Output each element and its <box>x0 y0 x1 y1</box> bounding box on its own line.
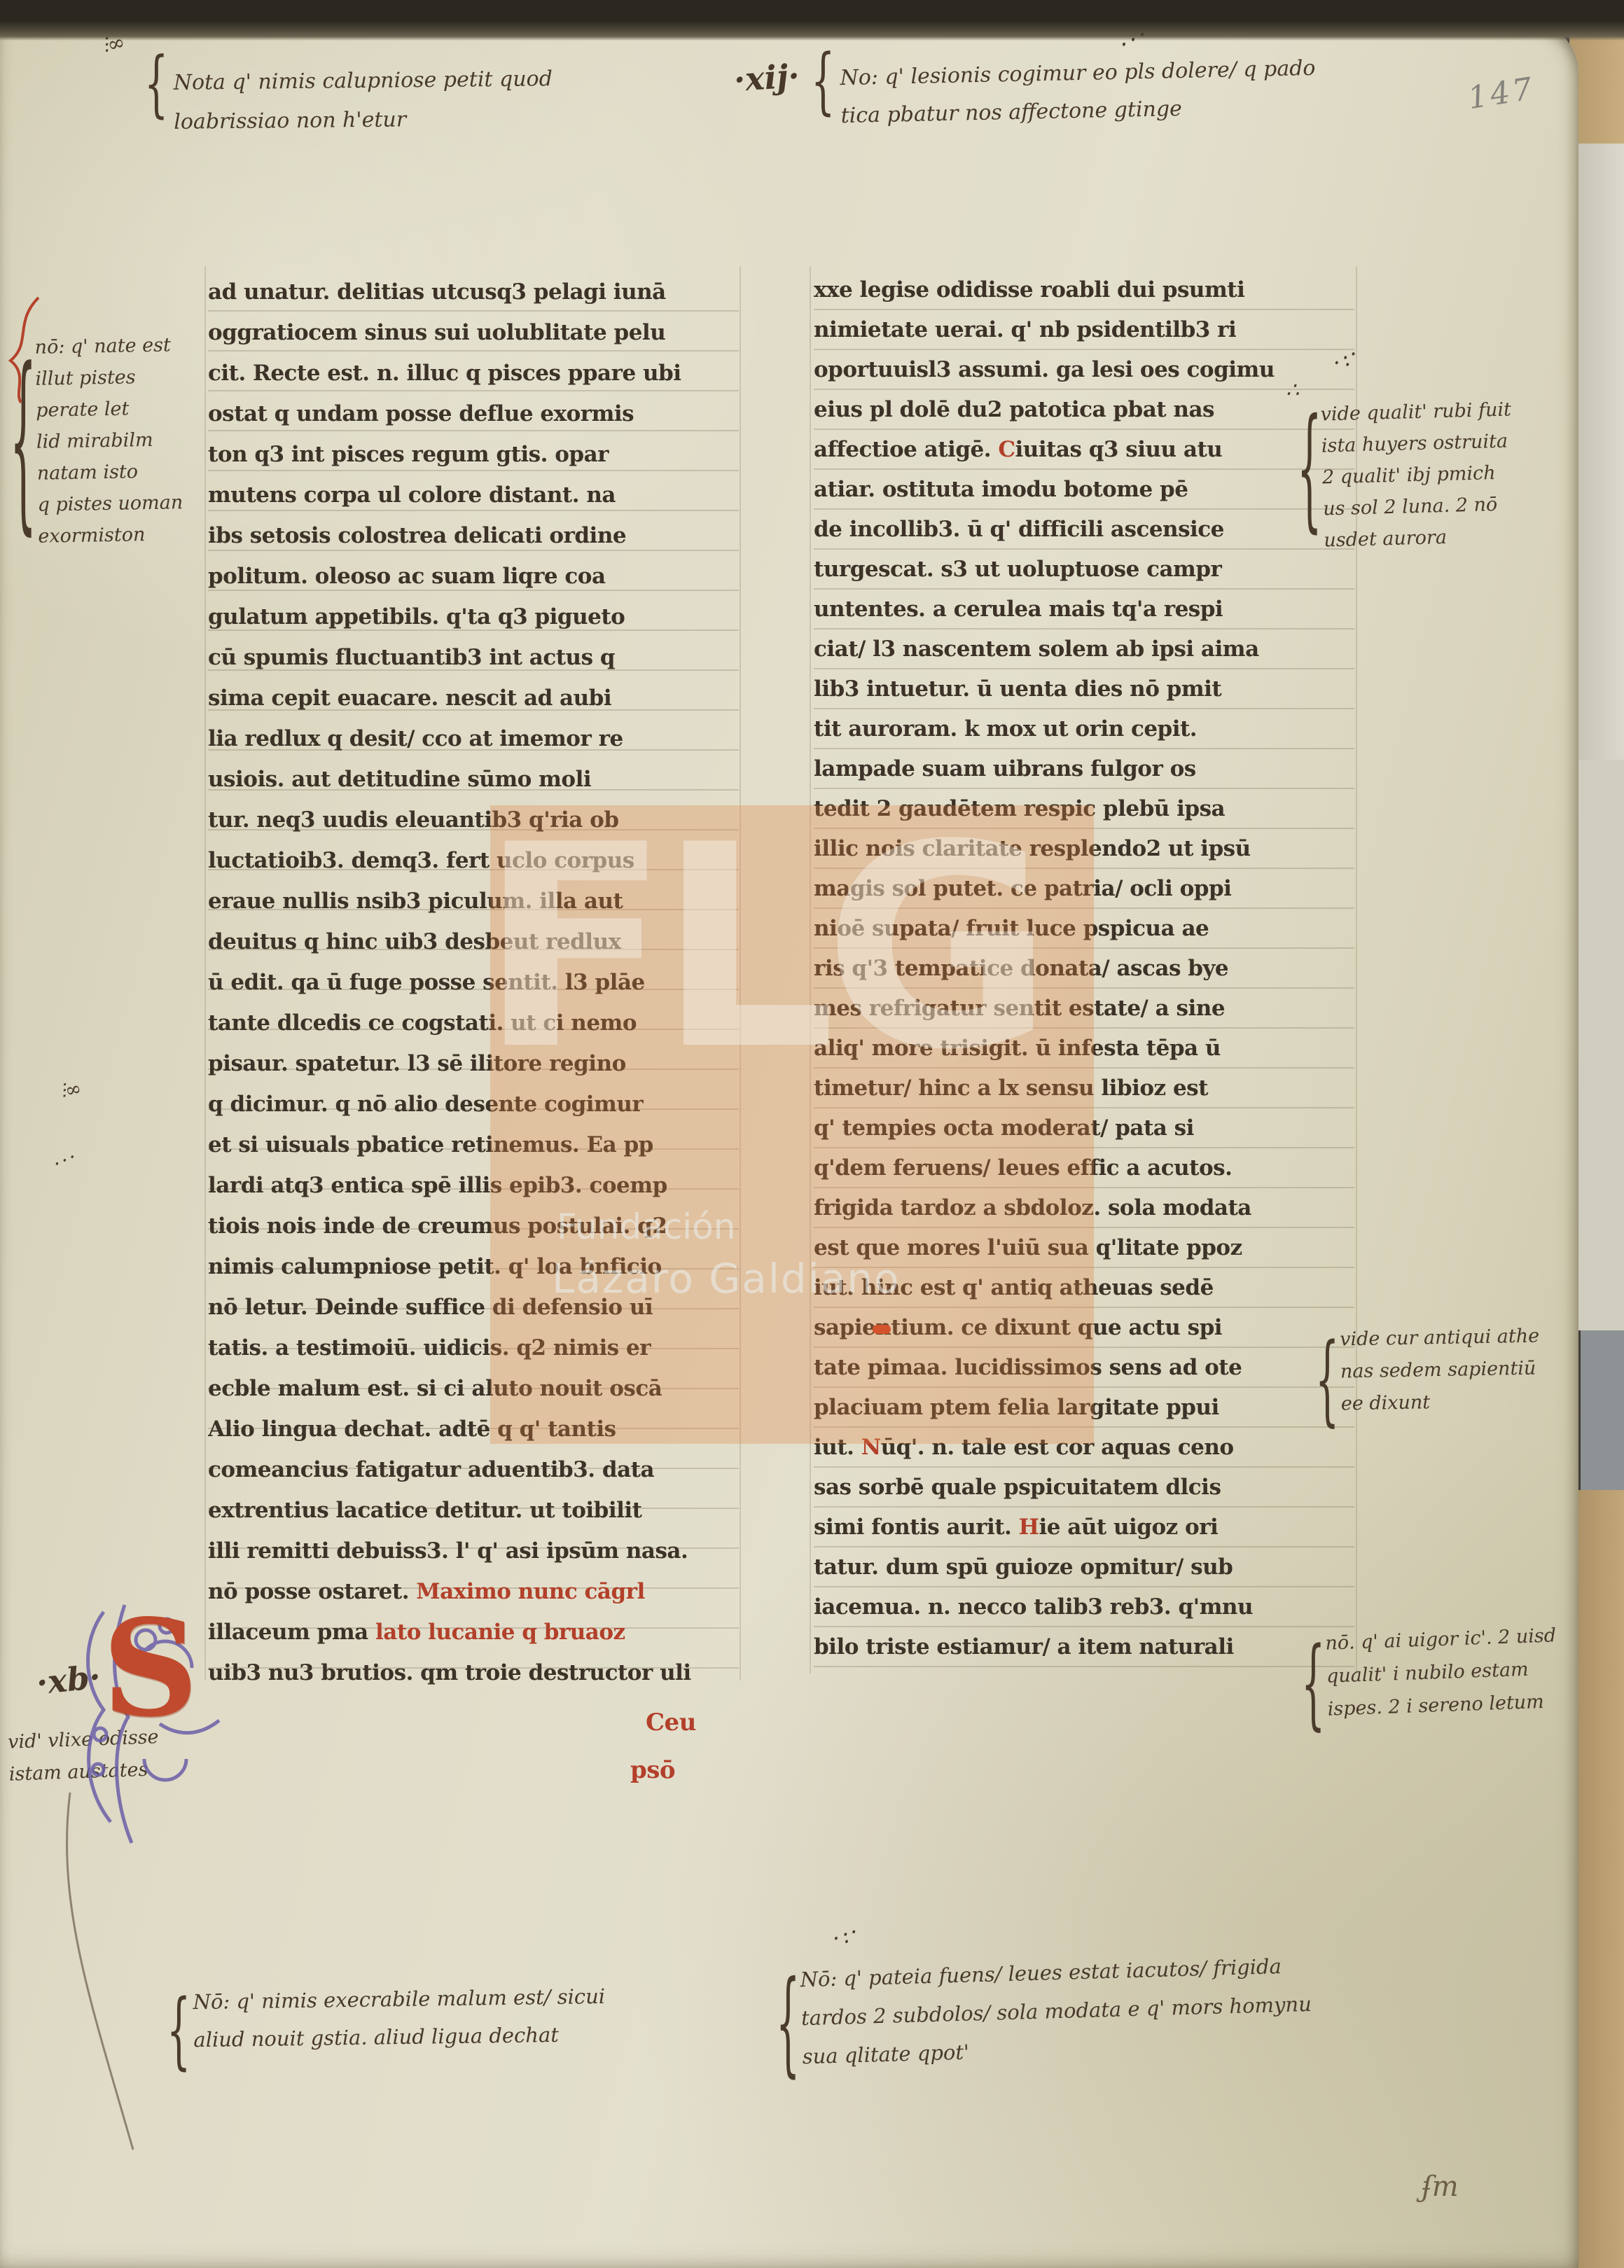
text-line: sapientium. ce dixunt que actu spi <box>814 1308 1354 1348</box>
text-line: sima cepit euacare. nescit ad aubi <box>208 678 739 718</box>
text-line: atiar. ostituta imodu botome pē <box>814 470 1354 510</box>
margin-note-left-upper: nō: q' nate estillut pistesperate letlid… <box>34 329 183 552</box>
under-leaf-tan-bottom <box>1576 1490 1624 2268</box>
text-line: bilo triste estiamur/ a item naturali <box>814 1627 1354 1667</box>
text-line: mutens corpa ul colore distant. na <box>208 475 739 515</box>
text-line: illic nois claritate resplendo2 ut ipsū <box>814 829 1354 869</box>
note-brace: { <box>1315 1322 1339 1437</box>
text-line: eraue nullis nsib3 piculum. illa aut <box>208 881 739 921</box>
note-brace: { <box>811 39 835 123</box>
text-line: q pistes uoman <box>37 487 183 521</box>
text-line: lardi atq3 entica spē illis epib3. coemp <box>208 1165 739 1206</box>
text-line: tit auroram. k mox ut orin cepit. <box>814 709 1354 749</box>
text-line: aliq' more trisigit. ū infesta tēpa ū <box>814 1029 1354 1069</box>
text-line: perate let <box>36 392 181 426</box>
header-note-right: No: q' lesionis cogimur eo pls dolere/ q… <box>840 50 1317 135</box>
ruling-line <box>204 266 206 1681</box>
text-line: ostat q undam posse deflue exormis <box>208 394 739 434</box>
text-line: luctatioib3. demq3. fert uclo corpus <box>208 840 739 881</box>
text-line: ad unatur. delitias utcusq3 pelagi iunā <box>208 272 739 312</box>
text-line: lid mirabilm <box>36 424 182 458</box>
text-line: nimietate uerai. q' nb psidentilb3 ri <box>814 310 1354 350</box>
text-line: tate pimaa. lucidissimos sens ad ote <box>814 1348 1354 1388</box>
text-line: iut. Nūq'. n. tale est cor aquas ceno <box>814 1428 1354 1468</box>
text-line: iut. hinc est q' antiq atheuas sedē <box>814 1268 1354 1308</box>
text-line: natam isto <box>36 455 182 489</box>
header-note-left: Nota q' nimis calupniose petit quodloabr… <box>173 60 553 142</box>
quire-mark: ʄm <box>1422 2171 1459 2203</box>
margin-note-right-1: vide qualit' rubi fuitista huyers ostrui… <box>1320 394 1515 556</box>
red-caption-line1: Ceu <box>646 1709 696 1737</box>
text-line: q'dem feruens/ leues effic a acutos. <box>814 1148 1354 1188</box>
text-line: ciat/ l3 nascentem solem ab ipsi aima <box>814 629 1354 669</box>
text-line: ris q'3 tempatice donata/ ascas bye <box>814 949 1354 989</box>
rubric-text: C <box>998 437 1015 462</box>
red-caption-line2: psō <box>630 1756 675 1784</box>
margin-note-right-2: vide cur antiqui athenas sedem sapientiū… <box>1340 1321 1541 1421</box>
text-line: 2 qualit' ibj pmich <box>1321 457 1513 493</box>
text-line: uib3 nu3 brutios. qm troie destructor ul… <box>208 1653 739 1693</box>
text-line: q' tempies octa moderat/ pata si <box>814 1108 1354 1148</box>
text-line: ista huyers ostruita <box>1321 425 1512 461</box>
text-line: nō: q' nate est <box>34 329 180 363</box>
text-line: untentes. a cerulea mais tq'a respi <box>814 590 1354 629</box>
note-brace: { <box>144 42 168 126</box>
manuscript-photo: 147 ⫶∞ { Nota q' nimis calupniose petit … <box>0 0 1624 2268</box>
text-line: simi fontis aurit. Hie aūt uigoz ori <box>814 1508 1354 1547</box>
text-line: tur. neq3 uudis eleuantib3 q'ria ob <box>208 800 739 840</box>
text-line: comeancius fatigatur aduentib3. data <box>208 1449 739 1490</box>
text-line: cū spumis fluctuantib3 int actus q <box>208 637 739 678</box>
text-line: ibs setosis colostrea delicati ordine <box>208 515 739 556</box>
text-line: mes refrigatur sentit estate/ a sine <box>814 989 1354 1029</box>
red-flourish-icon <box>0 294 49 406</box>
ruling-line <box>810 266 811 1674</box>
text-line: est que mores l'uiū sua q'litate ppoz <box>814 1228 1354 1268</box>
text-line: illi remitti debuiss3. l' q' asi ipsūm n… <box>208 1531 739 1571</box>
rubric-text: lato lucanie q bruaoz <box>375 1620 625 1645</box>
text-line: extrentius lacatice detitur. ut toibilit <box>208 1490 739 1531</box>
ruling-line <box>740 266 741 1681</box>
text-column-left: ad unatur. delitias utcusq3 pelagi iunāo… <box>208 272 739 1693</box>
text-column-right: xxe legise odidisse roabli dui psumtinim… <box>814 270 1354 1667</box>
rubric-text: H <box>1019 1515 1039 1540</box>
text-line: eius pl dolē du2 patotica pbat nas <box>814 390 1354 430</box>
text-line: tatis. a testimoiū. uidicis. q2 nimis er <box>208 1328 739 1368</box>
text-line: Nō: q' nimis execrabile malum est/ sicui <box>193 1977 605 2021</box>
text-line: ū edit. qa ū fuge posse sentit. l3 plāe <box>208 962 739 1003</box>
body-text: iut. <box>814 1435 861 1460</box>
text-line: affectioe atigē. Ciuitas q3 siuu atu <box>814 430 1354 470</box>
chapter-numeral: ·xij· <box>733 57 800 99</box>
text-line: gulatum appetibils. q'ta q3 pigueto <box>208 597 739 637</box>
text-line: ee dixunt <box>1340 1385 1541 1421</box>
text-line: placiuam ptem felia largitate ppui <box>814 1388 1354 1428</box>
under-leaf-grey <box>1581 1330 1624 1490</box>
text-line: cit. Recte est. n. illuc q pisces ppare … <box>208 353 739 394</box>
text-line: nō letur. Deinde suffice di defensio uī <box>208 1287 739 1328</box>
rubric-text: N <box>861 1435 881 1460</box>
text-line: lampade suam uibrans fulgor os <box>814 749 1354 789</box>
text-line: deuitus q hinc uib3 desbeut redlux <box>208 921 739 962</box>
text-line: lia redlux q desit/ cco at imemor re <box>208 718 739 759</box>
decorated-initial: S <box>62 1598 244 1850</box>
text-line: timetur/ hinc a lx sensu libioz est <box>814 1069 1354 1108</box>
body-text: simi fontis aurit. <box>814 1515 1019 1540</box>
text-line: ton q3 int pisces regum gtis. opar <box>208 434 739 475</box>
text-line: usdet aurora <box>1324 520 1515 556</box>
text-line: politum. oleoso ac suam liqre coa <box>208 556 739 597</box>
text-line: illut pistes <box>35 361 181 395</box>
text-line: ecble malum est. si ci aluto nouit oscā <box>208 1368 739 1409</box>
footer-note-left: Nō: q' nimis execrabile malum est/ sicui… <box>193 1977 606 2059</box>
rubric-text: Maximo nunc cāgrl <box>416 1579 644 1604</box>
text-line: exormiston <box>38 518 183 552</box>
text-line: illaceum pma lato lucanie q bruaoz <box>208 1612 739 1653</box>
under-leaf-pale2 <box>1578 760 1624 1330</box>
text-line: turgescat. s3 ut uoluptuose campr <box>814 550 1354 590</box>
body-text: iuitas q3 siuu atu <box>1015 437 1223 462</box>
note-brace: { <box>776 1956 800 2089</box>
text-line: xxe legise odidisse roabli dui psumti <box>814 270 1354 310</box>
text-line: loabrissiao non h'etur <box>174 99 553 142</box>
body-text: ūq'. n. tale est cor aquas ceno <box>881 1435 1234 1460</box>
text-line: vide cur antiqui athe <box>1340 1321 1540 1356</box>
footer-note-right: Nō: q' pateia fuens/ leues estat iacutos… <box>800 1947 1313 2076</box>
note-brace: { <box>1301 1626 1325 1741</box>
text-line: us sol 2 luna. 2 nō <box>1323 488 1514 524</box>
text-line: de incollib3. ū q' difficili ascensice <box>814 510 1354 550</box>
text-line: q dicimur. q nō alio desente cogimur <box>208 1084 739 1125</box>
under-leaf-pale <box>1575 144 1624 760</box>
text-line: nō posse ostaret. Maximo nunc cāgrl <box>208 1571 739 1612</box>
text-line: Nota q' nimis calupniose petit quod <box>173 60 553 103</box>
note-brace: { <box>167 1982 190 2079</box>
body-text: affectioe atigē. <box>814 437 998 462</box>
book-top-edge <box>0 0 1624 41</box>
text-line: et si uisuals pbatice retinemus. Ea pp <box>208 1125 739 1165</box>
text-line: nimis calumpniose petit. q' loa bnficio <box>208 1246 739 1287</box>
text-line: sas sorbē quale pspicuitatem dlcis <box>814 1468 1354 1508</box>
text-line: oggratiocem sinus sui uolublitate pelu <box>208 312 739 353</box>
text-line: tante dlcedis ce cogstati. ut ci nemo <box>208 1003 739 1043</box>
text-line: tedit 2 gaudētem respic plebū ipsa <box>814 789 1354 829</box>
text-line: oportuuisl3 assumi. ga lesi oes cogimu <box>814 350 1354 390</box>
red-ink-dot <box>873 1325 891 1334</box>
note-brace: { <box>1297 392 1322 547</box>
text-line: Alio lingua dechat. adtē q q' tantis <box>208 1409 739 1449</box>
text-line: iacemua. n. necco talib3 reb3. q'mnu <box>814 1587 1354 1627</box>
text-line: vide qualit' rubi fuit <box>1320 394 1511 430</box>
text-line: tatur. dum spū guioze opmitur/ sub <box>814 1547 1354 1587</box>
text-line: lib3 intuetur. ū uenta dies nō pmit <box>814 669 1354 709</box>
text-line: magis sol putet. ce patria/ ocli oppi <box>814 869 1354 909</box>
initial-letter: S <box>102 1602 198 1735</box>
text-line: aliud nouit gstia. aliud ligua dechat <box>193 2015 606 2059</box>
text-line: nioē supata/ fruit luce pspicua ae <box>814 909 1354 949</box>
text-line: nas sedem sapientiū <box>1340 1353 1541 1389</box>
margin-note-right-3: nō. q' ai uigor ic'. 2 uisdqualit' i nub… <box>1325 1619 1559 1725</box>
text-line: frigida tardoz a sbdoloz. sola modata <box>814 1188 1354 1228</box>
text-line: usiois. aut detitudine sūmo moli <box>208 759 739 800</box>
text-line: tiois nois inde de creumus postulai. q2 <box>208 1206 739 1246</box>
text-line: pisaur. spatetur. l3 sē ilitore regino <box>208 1043 739 1084</box>
body-text: ie aūt uigoz ori <box>1039 1515 1218 1540</box>
